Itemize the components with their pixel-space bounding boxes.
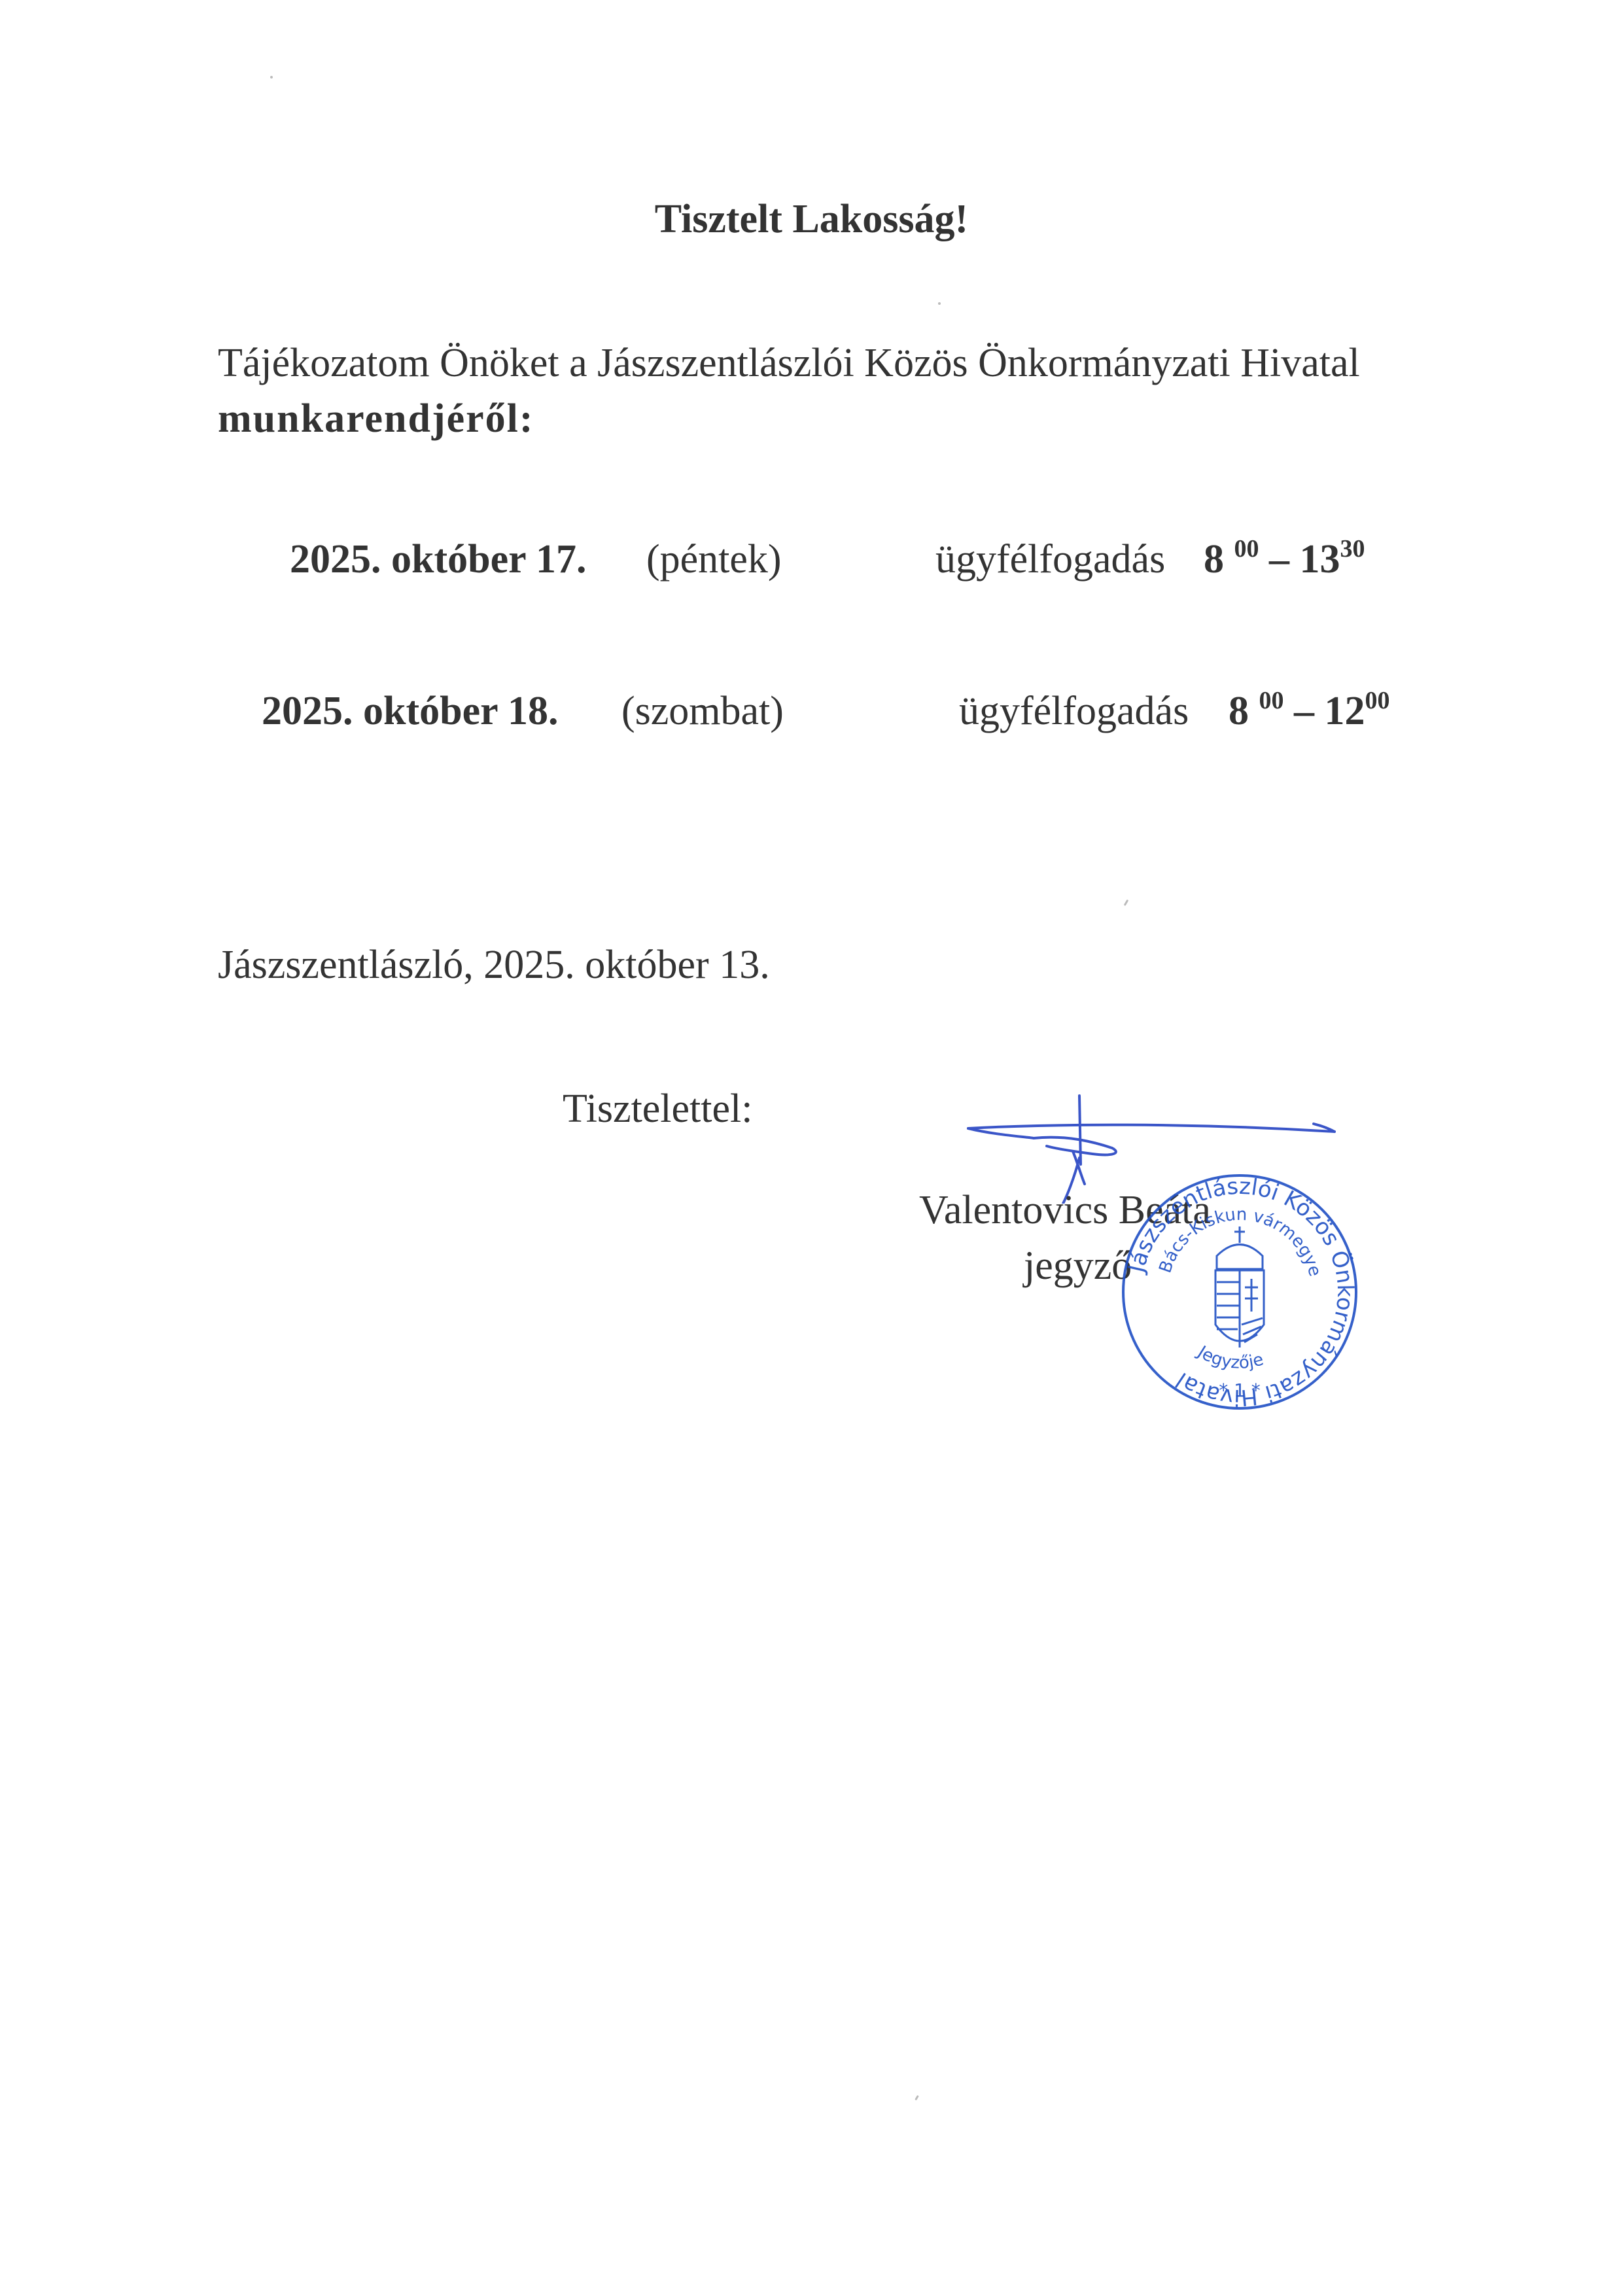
schedule-hours: 8 00 – 1200 (1229, 688, 1390, 735)
schedule-hours: 8 00 – 1330 (1204, 536, 1365, 583)
schedule-label: ügyfélfogadás (959, 688, 1189, 735)
signer-title: jegyző (1024, 1243, 1132, 1289)
schedule-date: 2025. október 17. (290, 536, 587, 583)
schedule-day: (péntek) (646, 536, 782, 583)
end-minute: 00 (1365, 687, 1390, 714)
svg-text:Jegyzője: Jegyzője (1193, 1342, 1266, 1373)
place-and-date: Jászszentlászló, 2025. október 13. (218, 942, 770, 988)
closing-greeting: Tisztelettel: (563, 1086, 752, 1132)
page-title: Tisztelt Lakosság! (0, 196, 1623, 243)
intro-text-bold: munkarendjéről: (218, 396, 534, 442)
start-hour: 8 (1204, 537, 1224, 582)
scan-speck (270, 76, 273, 78)
time-separator: – (1294, 689, 1314, 733)
start-minute: 00 (1234, 535, 1259, 563)
end-hour: 13 (1300, 537, 1340, 582)
start-hour: 8 (1229, 689, 1249, 733)
end-minute: 30 (1340, 535, 1365, 563)
stamp-number: * 1 * (1219, 1380, 1261, 1401)
coat-of-arms-icon (1215, 1226, 1264, 1348)
schedule-date: 2025. október 18. (262, 688, 559, 735)
official-stamp-icon: Jászszentlászlói Közös Önkormányzati Hiv… (1119, 1171, 1361, 1413)
scan-speck (938, 302, 941, 305)
schedule-day: (szombat) (621, 688, 784, 735)
end-hour: 12 (1325, 689, 1365, 733)
schedule-label: ügyfélfogadás (935, 536, 1165, 583)
scan-speck (915, 2095, 919, 2100)
scan-speck (1124, 899, 1129, 906)
time-separator: – (1269, 537, 1289, 582)
stamp-center-text: Jegyzője (1193, 1342, 1266, 1373)
start-minute: 00 (1259, 687, 1284, 714)
intro-text: Tájékozatom Önöket a Jászszentlászlói Kö… (218, 340, 1360, 387)
